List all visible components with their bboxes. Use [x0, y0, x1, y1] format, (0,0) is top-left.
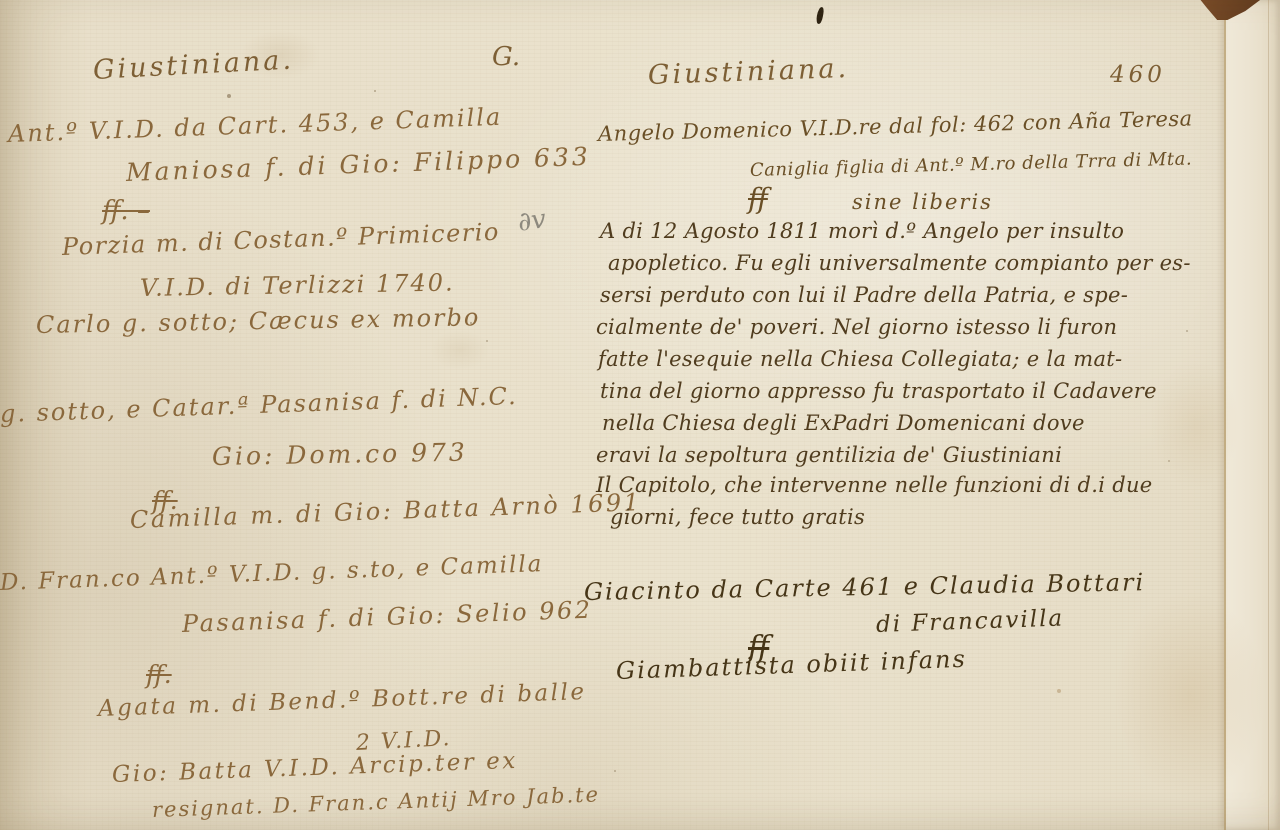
- note-line: giorni, fece tutto gratis: [610, 505, 865, 529]
- family-heading-right: Giustiniana.: [647, 53, 849, 91]
- entry-line: Ant.º V.I.D. da Cart. 453, e Camilla: [8, 103, 503, 148]
- note-line: fatte l'esequie nella Chiesa Collegiata;…: [598, 347, 1122, 371]
- entry-line: V.I.D. di Terlizzi 1740.: [140, 269, 455, 302]
- entry-line: Gio: Batta V.I.D. Arcip.ter ex: [112, 748, 519, 788]
- manuscript-scan: { "headers": { "left_family": "Giustinia…: [0, 0, 1280, 830]
- entry-line: Angelo Domenico V.I.D.re dal fol: 462 co…: [598, 106, 1193, 146]
- paper-stain: [430, 330, 490, 370]
- page-edge-line: [1268, 0, 1269, 830]
- entry-line: Pasanisa f. di Gio: Selio 962: [182, 596, 593, 638]
- paper-specks: [0, 0, 2, 2]
- note-line: nella Chiesa degli ExPadri Domenicani do…: [602, 411, 1085, 435]
- entry-line: Giacinto da Carte 461 e Claudia Bottari: [584, 568, 1146, 606]
- entry-line: Maniosa f. di Gio: Filippo 633: [125, 142, 591, 187]
- family-heading-left: Giustiniana.: [92, 44, 294, 85]
- entry-line: di Francavilla: [876, 605, 1065, 638]
- entry-line: Carlo g. sotto; Cæcus ex morbo: [36, 303, 481, 339]
- entry-line: D. Fran.co Ant.º V.I.D. g. s.to, e Camil…: [0, 551, 544, 596]
- note-line: eravi la sepoltura gentilizia de' Giusti…: [596, 443, 1062, 467]
- entry-line: Camilla m. di Gio: Batta Arnò 1691: [130, 488, 642, 534]
- index-letter: G.: [492, 42, 520, 72]
- entry-line: sine liberis: [852, 190, 993, 214]
- filiation-mark: ff: [748, 182, 768, 215]
- page-edge-strip: [1224, 0, 1280, 830]
- entry-line: g. sotto, e Catar.ª Pasanisa f. di N.C.: [0, 382, 518, 428]
- note-line: tina del giorno appresso fu trasportato …: [600, 379, 1157, 403]
- entry-line: Giambattista obiit infans: [616, 645, 968, 685]
- ink-blot: [816, 7, 825, 25]
- folio-number: 460: [1110, 62, 1166, 88]
- entry-line: Caniglia figlia di Ant.º M.ro della Trra…: [750, 148, 1193, 181]
- entry-line: resignat. D. Fran.c Antij Mro Jab.te: [152, 782, 601, 822]
- filiation-mark: ff.: [146, 660, 172, 689]
- entry-line: Gio: Dom.co 973: [212, 438, 468, 471]
- note-line: Il Capitolo, che intervenne nelle funzio…: [596, 473, 1153, 497]
- pencil-annotation: ∂v: [516, 204, 548, 238]
- note-line: cialmente de' poveri. Nel giorno istesso…: [596, 315, 1117, 339]
- note-line: A di 12 Agosto 1811 morì d.º Angelo per …: [600, 219, 1124, 243]
- note-line: apopletico. Fu egli universalmente compi…: [608, 251, 1191, 275]
- note-line: sersi perduto con lui il Padre della Pat…: [600, 283, 1128, 307]
- filiation-mark: ff. –: [102, 196, 150, 226]
